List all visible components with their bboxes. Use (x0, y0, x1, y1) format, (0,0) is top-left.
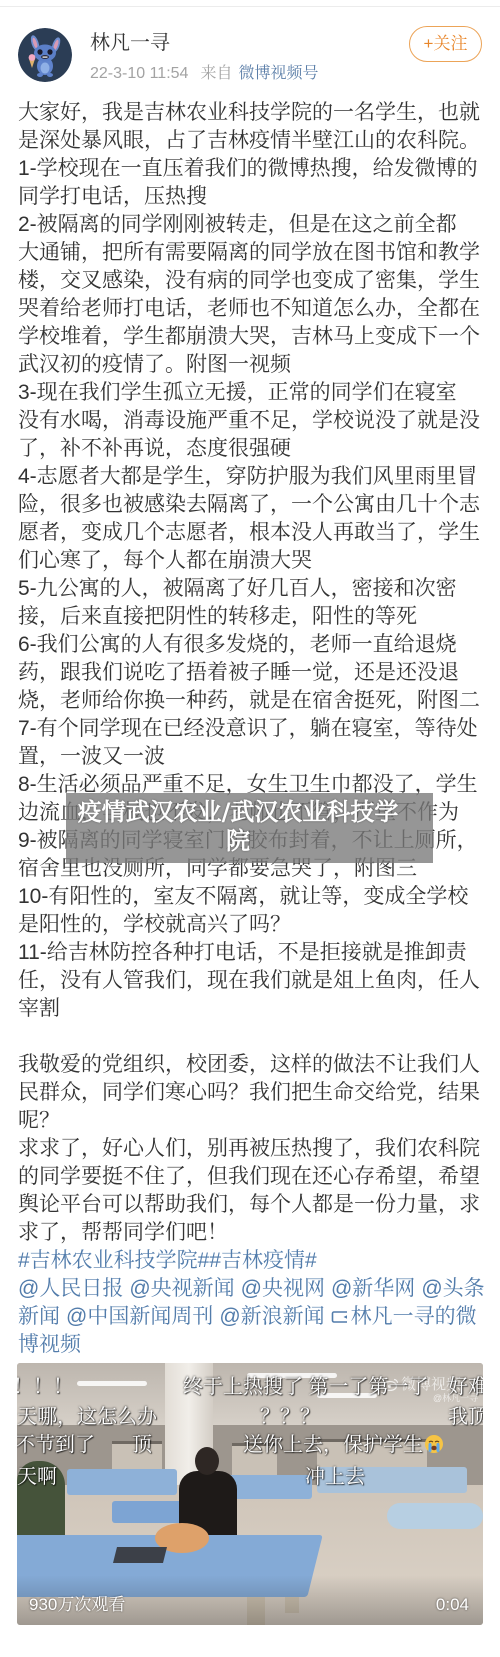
post-text-line: 任，没有人管我们，现在我们就是俎上鱼肉，任人 (18, 967, 488, 995)
video-link-icon (331, 1309, 349, 1325)
post-text-line: 1-学校现在一直压着我们的微博热搜，给发微博的 (18, 155, 488, 183)
danmaku-comment: 顶 (132, 1433, 152, 1457)
post-text-line: 险，很多也被感染去隔离了，一个公寓由几十个志 (18, 491, 488, 519)
video-frame-pillow (387, 1503, 483, 1529)
blank-line (18, 1023, 488, 1051)
post-text-line: 10-有阳性的，室友不隔离，就让等，变成全学校 (18, 883, 488, 911)
video-frame-person-head (195, 1447, 219, 1475)
avatar[interactable] (18, 28, 72, 82)
follow-button[interactable]: +关注 (409, 26, 482, 62)
post-text-line: 们心寒了，每个人都在崩溃大哭 (18, 547, 488, 575)
stitch-avatar-icon (18, 28, 72, 82)
source-prefix: 来自 (200, 65, 232, 82)
post-text-line: 药，跟我们说吃了捂着被子睡一觉，还是还没退 (18, 659, 488, 687)
hashtag-link-jilin-epidemic[interactable]: #吉林疫情# (209, 1249, 316, 1272)
post-text-line: 大通铺，把所有需要隔离的同学放在图书馆和教学 (18, 239, 488, 267)
danmaku-comment: 好难 (448, 1375, 483, 1399)
post-text-line: 民群众，同学们寒心吗？我们把生命交给党，结果 (18, 1079, 488, 1107)
mention-link-toutiao-news[interactable]: @头条 (421, 1277, 484, 1300)
mention-link-cctv-net[interactable]: @央视网 (241, 1277, 325, 1300)
post-text-line: 烧，老师给你换一种药，就是在宿舍挺死，附图二 (18, 687, 488, 715)
post-text-line: 是深处暴风眼，占了吉林疫情半壁江山的农科院。 (18, 127, 488, 155)
danmaku-comment: 天哪，这怎么办 (17, 1405, 157, 1429)
hashtag-link-jilin-agri-tech[interactable]: #吉林农业科技学院# (18, 1249, 209, 1272)
post-text-line: 大家好，我是吉林农业科技学院的一名学生，也就 (18, 99, 488, 127)
post-text-line: 同学打电话，压热搜 (18, 183, 488, 211)
post-text-line: 我敬爱的党组织，校团委，这样的做法不让我们人 (18, 1051, 488, 1079)
danmaku-comment-text: 送你上去，保护学生 (243, 1434, 423, 1456)
mention-link-toutiao-news[interactable]: 新闻 (18, 1305, 60, 1328)
danmaku-comment: ！！！ (17, 1375, 73, 1399)
post-text-line: 宰割 (18, 995, 488, 1023)
mention-line: @人民日报@央视新闻@央视网@新华网@头条 (18, 1275, 488, 1303)
post-text-line: 4-志愿者大都是学生，穿防护服为我们风里雨里冒 (18, 463, 488, 491)
crying-face-emoji-icon (424, 1434, 444, 1454)
danmaku-comment: 天啊 (17, 1465, 57, 1489)
post-text-line: 11-给吉林防控各种打电话，不是拒接就是推卸责 (18, 939, 488, 967)
mention-link-xinhua[interactable]: @新华网 (331, 1277, 415, 1300)
post-meta: 22-3-10 11:54来自微博视频号 (90, 64, 318, 84)
video-link-text[interactable]: 博视频 (18, 1333, 81, 1356)
post-text-line: 接，后来直接把阴性的转移走，阳性的等死 (18, 603, 488, 631)
video-frame-light (77, 1381, 147, 1386)
top-divider (0, 6, 500, 7)
post-text-line: 愿者，变成几个志愿者，根本没人再敢当了，学生 (18, 519, 488, 547)
post-time: 22-3-10 11:54 (90, 65, 188, 82)
video-source-link[interactable]: 林凡一寻的微 (331, 1305, 477, 1328)
post-text-line: 求求了，好心人们，别再被压热搜了，我们农科院 (18, 1135, 488, 1163)
post-text-line: 置，一波又一波 (18, 743, 488, 771)
video-view-count: 930万次观看 (29, 1594, 125, 1616)
post-text-line: 是阳性的，学校就高兴了吗？ (18, 911, 488, 939)
post-text-line: 的同学要挺不住了，但我们现在还心存希望，希望 (18, 1163, 488, 1191)
post-text-line: 舆论平台可以帮助我们，每个人都是一份力量，求 (18, 1191, 488, 1219)
mention-link-cctv-news[interactable]: @央视新闻 (129, 1277, 234, 1300)
video-player[interactable]: 微博视频 @林凡一寻 ！！！ 终于上热搜了 第一了第一了 好难 天哪，这怎么办 … (17, 1363, 483, 1625)
post-text-line: 呢？ (18, 1107, 488, 1135)
post-text-line: 了，补不补再说，态度很强硬 (18, 435, 488, 463)
post-body: 大家好，我是吉林农业科技学院的一名学生，也就 是深处暴风眼，占了吉林疫情半壁江山… (18, 99, 488, 1359)
mention-link-china-newsweek[interactable]: @中国新闻周刊 (66, 1305, 213, 1328)
post-text-line: 3-现在我们学生孤立无援，正常的同学们在寝室 (18, 379, 488, 407)
danmaku-comment: 不节到了 (17, 1433, 95, 1457)
post-text-line: 6-我们公寓的人有很多发烧的，老师一直给退烧 (18, 631, 488, 659)
mention-link-people-daily[interactable]: @人民日报 (18, 1277, 123, 1300)
source-link[interactable]: 微博视频号 (238, 65, 318, 82)
video-link-text[interactable]: 林凡一寻的微 (351, 1305, 477, 1328)
post-text-line: 没有水喝，消毒设施严重不足，学校说没了就是没 (18, 407, 488, 435)
post-text-line: 求了，帮帮同学们吧！ (18, 1219, 488, 1247)
danmaku-comment: 冲上去 (305, 1465, 365, 1489)
mention-line: 博视频 (18, 1331, 488, 1359)
post-text-line: 武汉初的疫情了。附图一视频 (18, 351, 488, 379)
title-overlay: 疫情武汉农业/武汉农业科技学院 (66, 793, 433, 863)
video-duration: 0:04 (436, 1594, 469, 1616)
mention-line: 新闻@中国新闻周刊@新浪新闻林凡一寻的微 (18, 1303, 488, 1331)
post-text-line: 5-九公寓的人，被隔离了好几百人，密接和次密 (18, 575, 488, 603)
danmaku-comment: 我顶 (448, 1405, 483, 1429)
danmaku-comment: 终于上热搜了 第一了第一了 (183, 1375, 429, 1399)
post-text-line: 7-有个同学现在已经没意识了，躺在寝室，等待处 (18, 715, 488, 743)
mention-link-sina-news[interactable]: @新浪新闻 (219, 1305, 324, 1328)
hashtag-line: #吉林农业科技学院##吉林疫情# (18, 1247, 488, 1275)
post-text-line: 楼，交叉感染，没有病的同学也变成了密集，学生 (18, 267, 488, 295)
video-frame-tablet (113, 1547, 167, 1563)
post-text-line: 2-被隔离的同学刚刚被转走，但是在这之前全都 (18, 211, 488, 239)
author-name[interactable]: 林凡一寻 (90, 29, 170, 57)
post-text-line: 哭着给老师打电话，老师也不知道怎么办，全都在 (18, 295, 488, 323)
post-text-line: 学校堆着，学生都崩溃大哭，吉林马上变成下一个 (18, 323, 488, 351)
danmaku-comment: 送你上去，保护学生 (243, 1433, 444, 1457)
danmaku-comment: ？？？ (260, 1405, 320, 1429)
video-frame-bed (67, 1469, 177, 1495)
